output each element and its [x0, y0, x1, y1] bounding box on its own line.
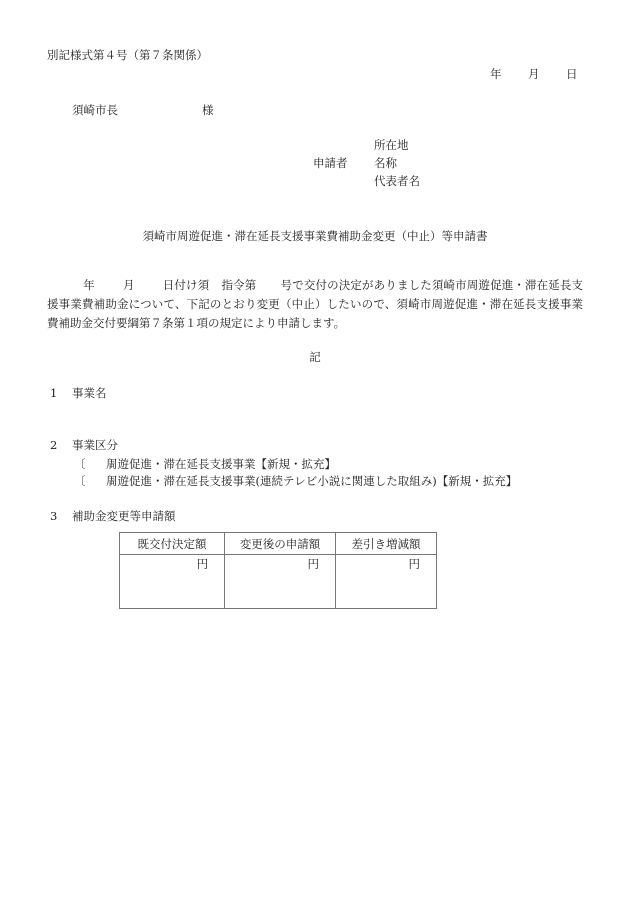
addressee: 須崎市長様 [72, 103, 214, 117]
date-line: 年月日 [490, 67, 578, 81]
section-3: 3補助金変更等申請額 [50, 509, 176, 523]
body-order-prefix: 指令第 [221, 278, 256, 292]
document-title: 須崎市周遊促進・滞在延長支援事業費補助金変更（中止）等申請書 [0, 229, 630, 243]
checkbox-bracket[interactable]: 〔 〕 [74, 457, 106, 471]
section-2-number: 2 [50, 438, 72, 452]
applicant-label: 申請者 [313, 156, 348, 170]
section-2-label: 事業区分 [72, 438, 118, 452]
cell-existing-grant[interactable]: 円 [120, 555, 225, 609]
header-revised-amount: 変更後の申請額 [225, 533, 336, 555]
section-1: 1事業名 [50, 386, 107, 400]
table-header-row: 既交付決定額 変更後の申請額 差引き増減額 [120, 533, 437, 555]
body-date-suffix: 日付け須 [163, 278, 210, 292]
body-paragraph: 年月日付け須指令第号で交付の決定がありました須崎市周遊促進・滞在延長支援事業費補… [47, 276, 583, 333]
applicant-name-label: 名称 [374, 156, 397, 170]
section-2: 2事業区分 [50, 438, 118, 452]
section-3-label: 補助金変更等申請額 [72, 509, 176, 523]
date-year: 年 [490, 67, 528, 81]
body-month: 月 [123, 278, 135, 292]
cell-revised-amount[interactable]: 円 [225, 555, 336, 609]
header-difference: 差引き増減額 [336, 533, 437, 555]
section-1-number: 1 [50, 386, 72, 400]
header-existing-grant: 既交付決定額 [120, 533, 225, 555]
addressee-name: 須崎市長 [72, 103, 118, 117]
section-1-label: 事業名 [72, 386, 107, 400]
business-category-option[interactable]: 〔 〕周遊促進・滞在延長支援事業(連続テレビ小説に関連した取組み)【新規・拡充】 [74, 474, 517, 488]
body-year: 年 [83, 278, 95, 292]
applicant-representative-label: 代表者名 [374, 174, 420, 188]
table-row: 円 円 円 [120, 555, 437, 609]
date-month: 月 [528, 67, 566, 81]
checkbox-bracket[interactable]: 〔 〕 [74, 474, 106, 488]
form-number: 別記様式第４号（第７条関係） [47, 48, 208, 62]
cell-difference[interactable]: 円 [336, 555, 437, 609]
addressee-honorific: 様 [202, 103, 214, 117]
date-day: 日 [566, 67, 578, 81]
amount-table: 既交付決定額 変更後の申請額 差引き増減額 円 円 円 [119, 532, 437, 609]
section-3-number: 3 [50, 509, 72, 523]
business-category-option[interactable]: 〔 〕周遊促進・滞在延長支援事業【新規・拡充】 [74, 457, 336, 471]
option-label: 周遊促進・滞在延長支援事業(連続テレビ小説に関連した取組み)【新規・拡充】 [106, 474, 517, 488]
applicant-address-label: 所在地 [374, 138, 409, 152]
option-label: 周遊促進・滞在延長支援事業【新規・拡充】 [106, 457, 336, 471]
ki-heading: 記 [0, 350, 630, 364]
